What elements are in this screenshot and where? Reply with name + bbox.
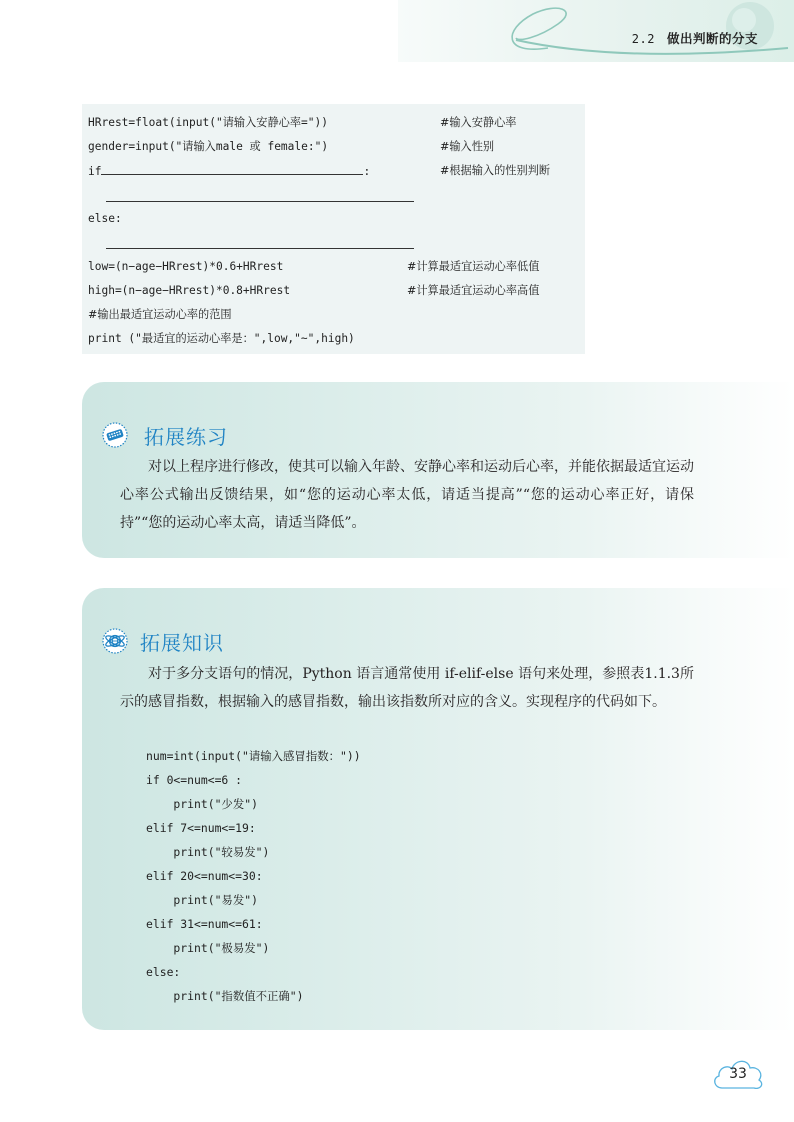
- section-number: 2.2: [632, 32, 655, 46]
- code-line-if: if:: [88, 162, 370, 180]
- practice-panel-body: 对以上程序进行修改，使其可以输入年龄、安静心率和运动后心率，并能依据最适宜运动心…: [120, 453, 694, 537]
- code-line: elif 31<=num<=61:: [146, 912, 263, 936]
- code-comment: #计算最适宜运动心率低值: [407, 258, 539, 276]
- section-heading: 2.2做出判断的分支: [632, 29, 758, 47]
- page-header: 2.2做出判断的分支: [398, 0, 794, 62]
- code-line: gender=input("请输入male 或 female:"): [88, 138, 328, 156]
- code-line: print("极易发"): [146, 936, 269, 960]
- code-line: high=(n−age−HRrest)*0.8+HRrest: [88, 282, 290, 300]
- globe-orbit-icon: [102, 628, 128, 654]
- practice-body-text: 对以上程序进行修改，使其可以输入年龄、安静心率和运动后心率，并能依据最适宜运动心…: [120, 459, 694, 531]
- code-line: elif 20<=num<=30:: [146, 864, 263, 888]
- code-comment: #输入性别: [440, 138, 494, 156]
- section-title: 做出判断的分支: [667, 31, 758, 46]
- code-line: print("易发"): [146, 888, 258, 912]
- knowledge-panel-title: 拓展知识: [140, 627, 224, 656]
- code-colon: :: [363, 165, 370, 178]
- code-block-heart-rate: HRrest=float(input("请输入安静心率=")) #输入安静心率 …: [82, 104, 585, 354]
- code-comment: #计算最适宜运动心率高值: [407, 282, 539, 300]
- fill-in-blank-if-body[interactable]: [106, 201, 414, 202]
- code-line: print("指数值不正确"): [146, 984, 304, 1008]
- page-number-badge: 33: [710, 1054, 766, 1094]
- code-comment: #输入安静心率: [440, 114, 517, 132]
- code-if-keyword: if: [88, 165, 101, 178]
- fill-in-blank-else-body[interactable]: [106, 248, 414, 249]
- code-line: print("少发"): [146, 792, 258, 816]
- knowledge-panel-body: 对于多分支语句的情况，Python 语言通常使用 if-elif-else 语句…: [120, 660, 694, 716]
- code-line: else:: [146, 960, 180, 984]
- knowledge-body-text: 对于多分支语句的情况，Python 语言通常使用 if-elif-else 语句…: [120, 666, 694, 710]
- code-comment: #根据输入的性别判断: [440, 162, 550, 180]
- fill-in-blank-condition[interactable]: [101, 162, 363, 175]
- page-number: 33: [710, 1066, 766, 1082]
- code-line: print("较易发"): [146, 840, 269, 864]
- code-line: elif 7<=num<=19:: [146, 816, 256, 840]
- keyboard-icon: [102, 422, 128, 448]
- code-line: print ("最适宜的运动心率是：",low,"~",high): [88, 330, 355, 348]
- practice-panel-title: 拓展练习: [144, 421, 228, 450]
- code-line: num=int(input("请输入感冒指数：")): [146, 744, 361, 768]
- code-line: if 0<=num<=6 :: [146, 768, 242, 792]
- code-comment: #输出最适宜运动心率的范围: [88, 306, 232, 324]
- code-line: low=(n−age−HRrest)*0.6+HRrest: [88, 258, 283, 276]
- code-line: HRrest=float(input("请输入安静心率=")): [88, 114, 328, 132]
- code-line: else:: [88, 210, 122, 228]
